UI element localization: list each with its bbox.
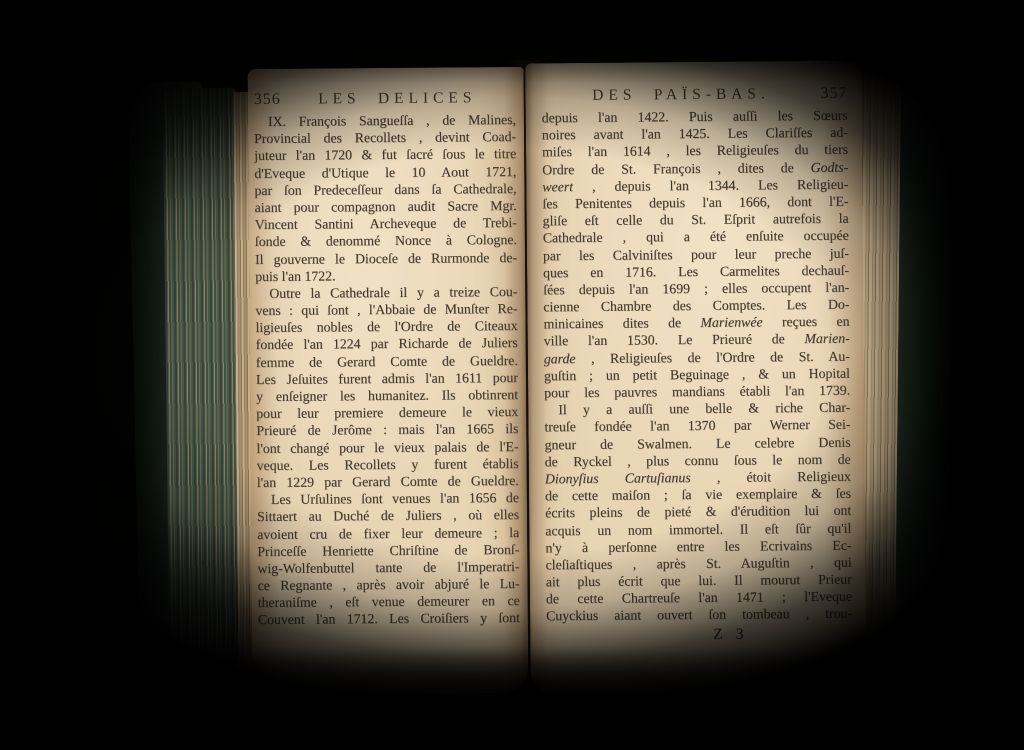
left-page: 356 LES DELICES IX. François Sangueſſa ,…	[248, 67, 529, 695]
text-line: ville l'an 1530. Le Prieuré de Marien-	[544, 330, 850, 350]
text-line: ce Regnante , après avoir abjuré le Lu-	[258, 575, 520, 594]
text-line: par les Calviniſtes pour leur preche juſ…	[543, 244, 849, 264]
text-line: Les Urſulines ſont venues l'an 1656 de	[257, 489, 519, 508]
text-line: l'ont changé pour le vieux palais de l'E…	[256, 438, 518, 457]
text-line: pour leur premiere demeure le vieux	[256, 403, 518, 422]
text-line: Cuyckius aiant ouvert ſon tombeau , trou…	[546, 605, 852, 625]
text-line: fondée l'an 1224 par Richarde de Juliers	[256, 334, 518, 353]
text-line: Outre la Cathedrale il y a treize Cou-	[255, 283, 517, 302]
right-page-number: 357	[820, 85, 847, 103]
text-line: veque. Les Recollets y furent établis	[257, 455, 519, 474]
left-fore-edge-pages	[162, 88, 243, 679]
text-line: wig-Wolfenbuttel tante de l'Imperatri-	[257, 558, 519, 577]
text-line: Vincent Santini Archeveque de Trebi-	[255, 214, 517, 233]
left-page-number: 356	[254, 91, 281, 109]
text-line: Sittaert au Duché de Juliers , où elles	[257, 506, 519, 525]
left-page-header: 356 LES DELICES	[254, 89, 514, 109]
text-line: l'an 1229 par Gerard Comte de Gueldre.	[257, 472, 519, 491]
signature-mark: Z 3	[546, 625, 852, 646]
text-line: Cathedrale , qui a été enſuite occupée	[543, 227, 849, 247]
text-line: d'Eveque d'Utique le 10 Aout 1721,	[254, 163, 516, 182]
text-line: aiant pour compagnon audit Sacre Mgr.	[255, 197, 517, 216]
text-line: par ſon Predeceſſeur dans ſa Cathedrale,	[254, 180, 516, 199]
text-line: theraniſme , eſt venue demeurer en ce	[258, 592, 520, 611]
text-line: ligieuſes nobles de l'Ordre de Citeaux	[256, 317, 518, 336]
text-line: puis l'an 1722.	[255, 266, 517, 285]
text-line: juteur l'an 1720 & fut ſacré ſous le tit…	[254, 145, 516, 164]
left-text-block: IX. François Sangueſſa , de Malines,Prov…	[254, 111, 520, 629]
text-line: Les Jeſuites furent admis l'an 1611 pour	[256, 369, 518, 388]
text-line: y enſeigner les humanitez. Ils obtinrent	[256, 386, 518, 405]
text-line: Couvent l'an 1712. Les Croiſiers y ſont	[258, 609, 520, 628]
text-line: Provincial des Recollets , devint Coad-	[254, 128, 516, 147]
left-running-title: LES DELICES	[281, 89, 514, 109]
text-line: avoient cru de fixer leur demeure ; la	[257, 523, 519, 542]
text-line: Il gouverne le Dioceſe de Rurmonde de-	[255, 248, 517, 267]
text-line: acquis un nom immortel. Il eſt ſûr qu'il	[545, 519, 851, 539]
text-line: Prieuré de Jerôme : mais l'an 1665 ils	[256, 420, 518, 439]
text-line: écrits pleins de pieté & d'érudition lui…	[545, 502, 851, 522]
text-line: ſonde & denommé Nonce à Cologne.	[255, 231, 517, 250]
photo-of-open-book: 356 LES DELICES IX. François Sangueſſa ,…	[0, 0, 1024, 750]
text-line: treuſe fondée l'an 1370 par Werner Sei-	[544, 416, 850, 436]
right-text-block: depuis l'an 1422. Puis auſſi les Sœursno…	[542, 107, 852, 625]
text-line: femme de Gerard Comte de Gueldre.	[256, 352, 518, 371]
text-line: vens : qui ſont , l'Abbaie de Munſter Re…	[255, 300, 517, 319]
text-line: miſes l'an 1614 , les Religieuſes du tie…	[542, 141, 848, 161]
right-page: DES PAÏS-BAS. 357 depuis l'an 1422. Puis…	[525, 61, 866, 694]
right-running-title: DES PAÏS-BAS.	[541, 85, 820, 105]
right-page-header: DES PAÏS-BAS. 357	[541, 85, 847, 106]
text-line: IX. François Sangueſſa , de Malines,	[254, 111, 516, 130]
text-line: Princeſſe Henriette Chriſtine de Bronſ-	[257, 541, 519, 560]
